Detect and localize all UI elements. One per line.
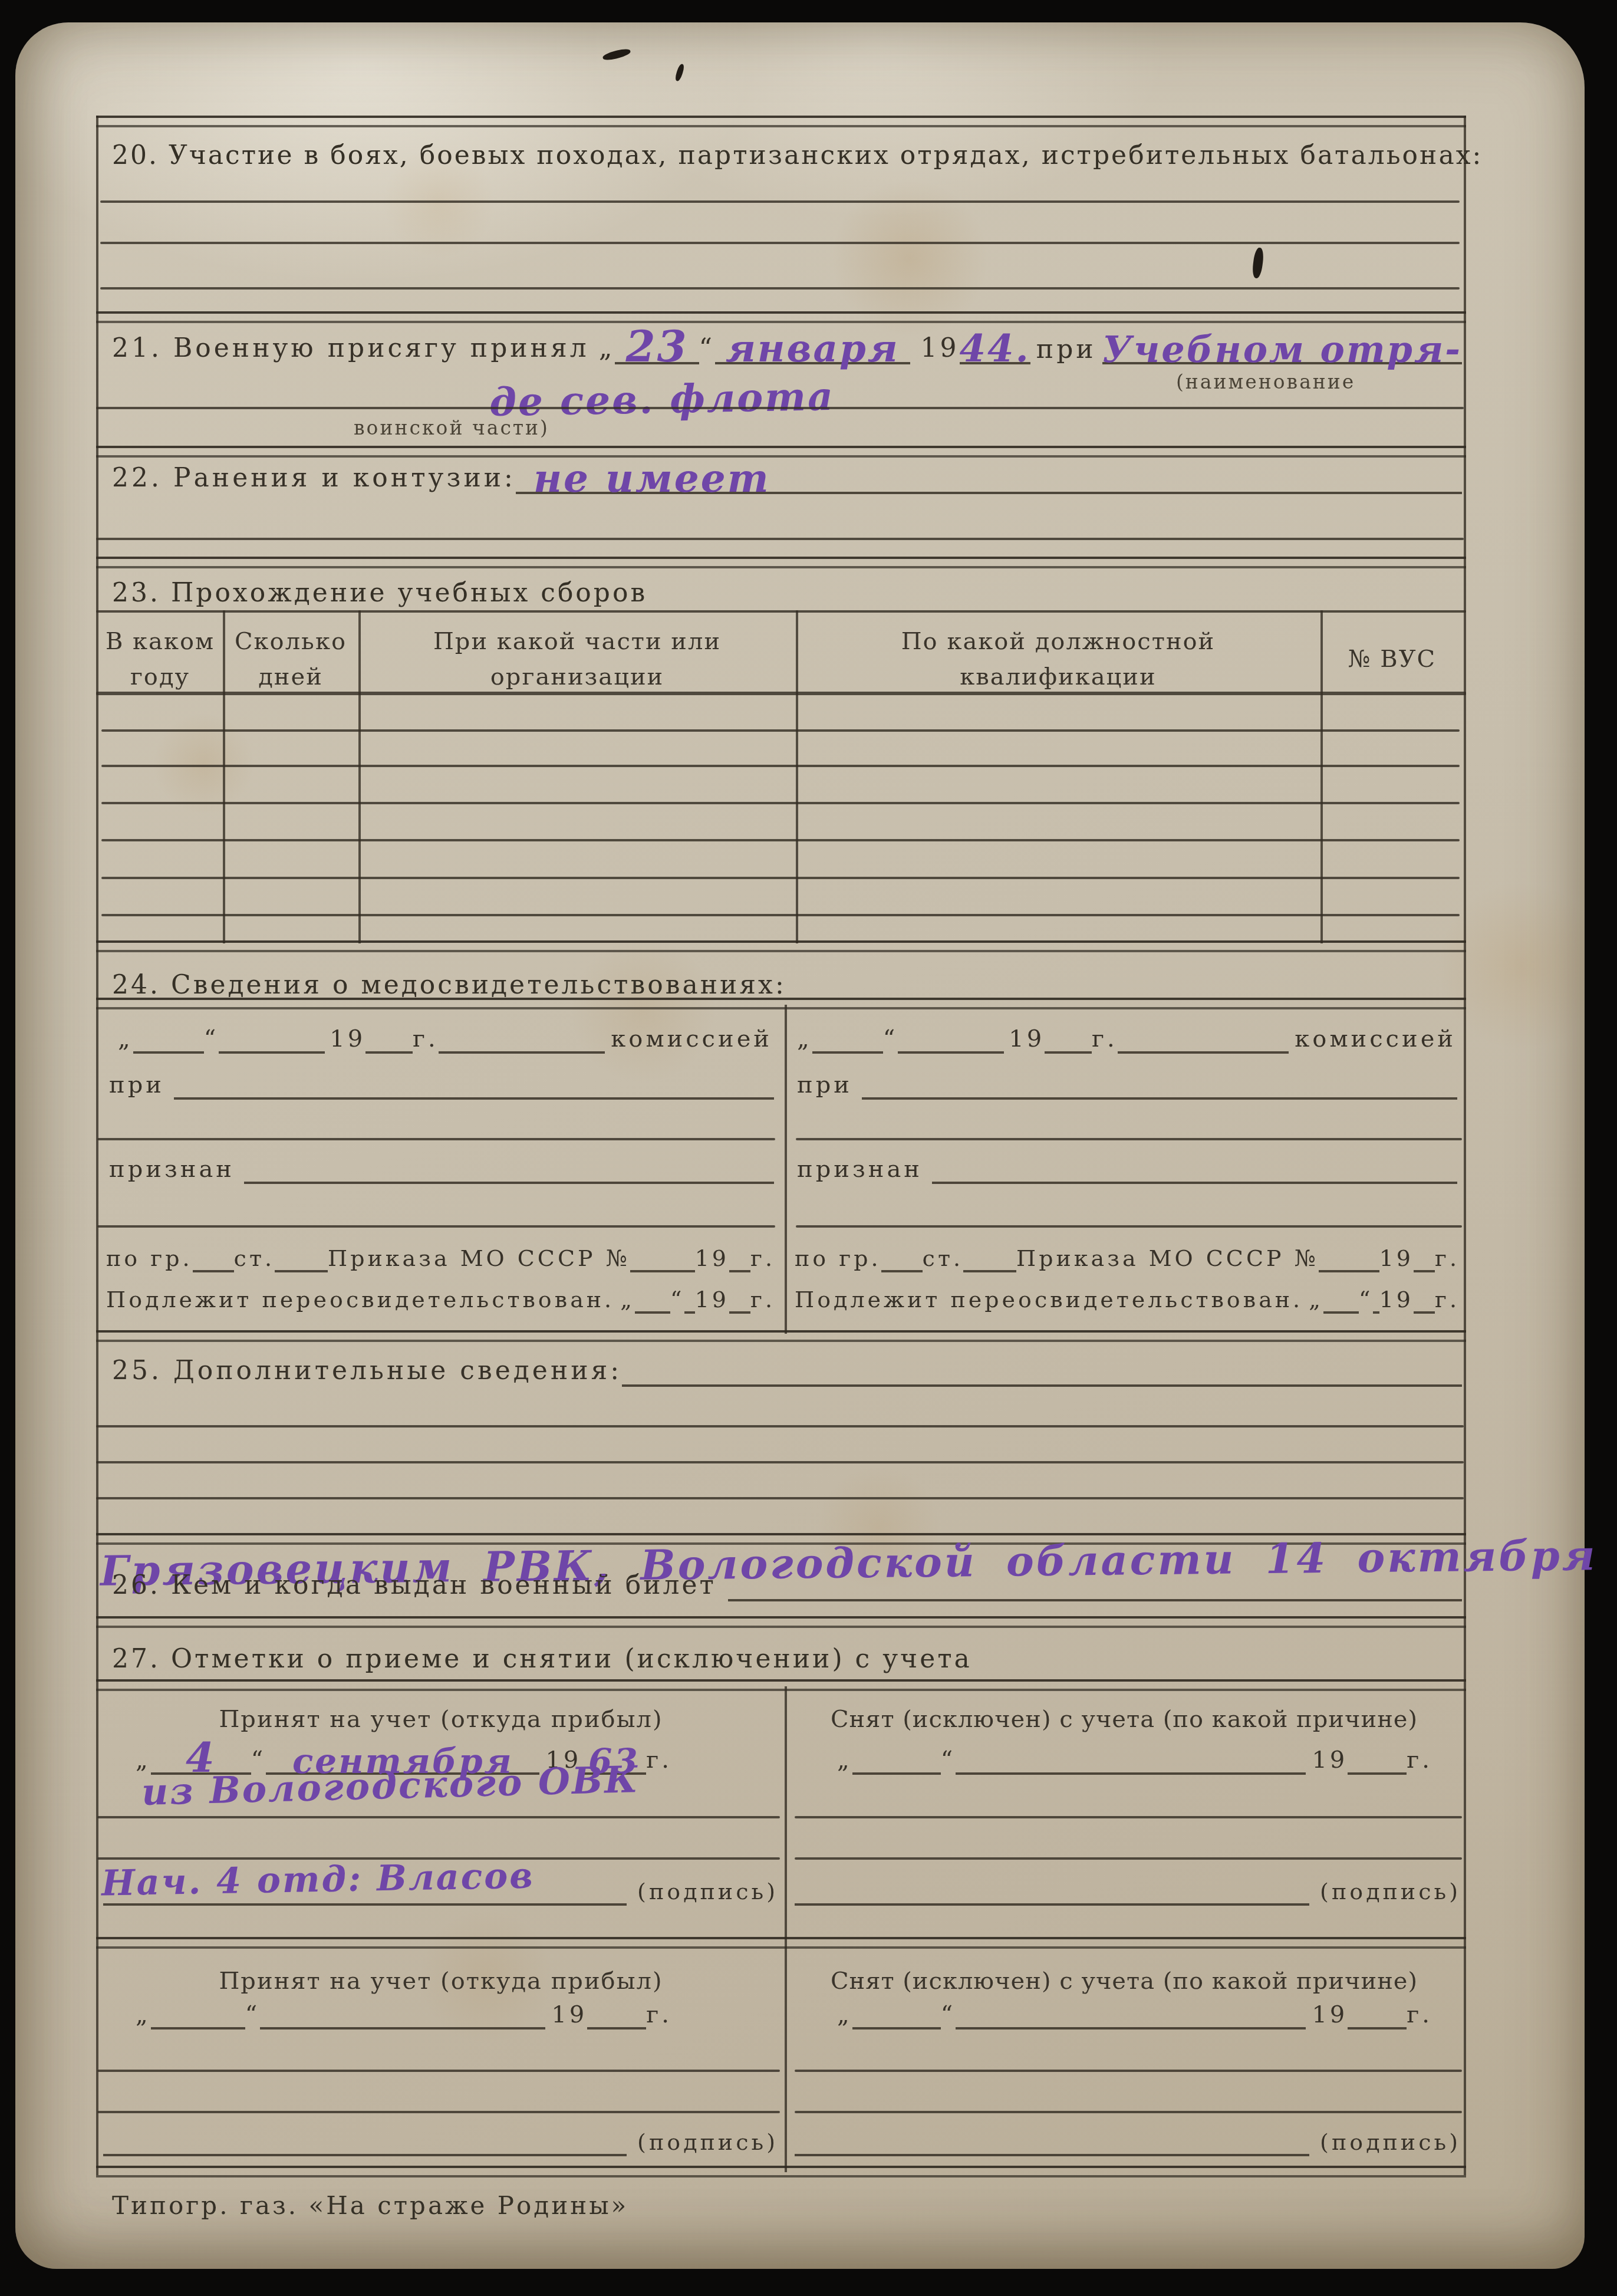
issued-by-field — [728, 1566, 1462, 1601]
med-at-row: при — [797, 1064, 1457, 1100]
removed-day-field — [852, 1739, 941, 1775]
frame-right-rule — [1464, 116, 1466, 2175]
order-label: Приказа МО СССР № — [1016, 1245, 1319, 1271]
reexam-year-field — [1414, 1278, 1435, 1314]
order-label: Приказа МО СССР № — [328, 1245, 630, 1271]
frame-left-rule — [96, 116, 98, 2175]
oath-row: 21. Военную присягу принял „ 23 “ января… — [112, 327, 1462, 364]
order-number-field — [630, 1237, 695, 1272]
close-quote: “ — [1359, 1287, 1373, 1313]
col-header-qualification: По какой должностной квалификации — [796, 624, 1320, 695]
oath-day-field: 23 — [615, 329, 699, 364]
close-quote: “ — [941, 1746, 956, 1774]
blank-rule — [97, 1816, 780, 1818]
open-quote: „ — [136, 1746, 151, 1774]
section-26-title: 26. Кем и когда выдан военный билет — [112, 1570, 716, 1600]
med-order-row: по гр. ст. Приказа МО СССР № 19 г. — [106, 1239, 775, 1272]
removed-date-row: „ “ 19 г. — [837, 1738, 1432, 1775]
year-prefix: 19 — [695, 1245, 729, 1271]
reexam-month-field — [1373, 1278, 1379, 1314]
double-rule — [96, 1330, 1466, 1342]
col-header-unit: При какой части или организации — [358, 624, 796, 695]
med-day-field — [812, 1018, 883, 1054]
double-rule — [96, 446, 1466, 458]
double-rule — [96, 998, 1466, 1009]
table-row-rule — [101, 839, 1460, 841]
blank-rule — [97, 1138, 775, 1140]
accepted-signature-field — [103, 2121, 627, 2156]
section-23-title: 23. Прохождение учебных сборов — [112, 578, 647, 608]
close-quote: “ — [699, 333, 716, 363]
order-year-field — [729, 1237, 750, 1272]
commission-label: комиссией — [611, 1025, 772, 1052]
blank-rule — [100, 242, 1460, 244]
blank-rule — [97, 1225, 775, 1228]
double-rule — [96, 1937, 1466, 1949]
section-22-title: 22. Ранения и контузии: — [112, 463, 516, 493]
at-label: при — [109, 1071, 164, 1098]
med-month-field — [219, 1018, 325, 1054]
med-at-field — [174, 1064, 774, 1100]
close-quote: “ — [245, 2001, 260, 2028]
blank-rule — [96, 1425, 1464, 1427]
wounds-field: не имеет — [516, 459, 1462, 494]
order-year-field — [1414, 1237, 1435, 1272]
printing-house-credit: Типогр. газ. «На страже Родины» — [112, 2191, 628, 2220]
med-reexam-row: Подлежит переосвидетельствован. „ “ 19 г… — [795, 1281, 1460, 1314]
table-row-rule — [101, 877, 1460, 879]
year-suffix: г. — [1435, 1287, 1460, 1313]
order-number-field — [1319, 1237, 1379, 1272]
blank-rule — [97, 2070, 780, 2072]
med-date-row: „ “ 19 г. комиссией — [118, 1016, 772, 1054]
double-rule — [96, 557, 1466, 568]
med-commission-field — [1118, 1018, 1289, 1054]
oath-month-value: января — [726, 330, 900, 368]
col-separator — [796, 610, 798, 943]
med-at-row: при — [109, 1064, 774, 1100]
article-field — [275, 1237, 328, 1272]
blank-rule — [100, 287, 1460, 290]
year-prefix: 19 — [330, 1025, 365, 1052]
commission-label: комиссией — [1295, 1025, 1456, 1052]
open-quote: „ — [599, 333, 615, 363]
table-row-rule — [101, 802, 1460, 804]
removed-month-field — [956, 1994, 1306, 2029]
removed-signature-row: (подпись) — [795, 1871, 1461, 1906]
oath-day-value: 23 — [625, 325, 688, 368]
open-quote: „ — [118, 1025, 133, 1052]
open-quote: „ — [797, 1025, 812, 1052]
med-day-field — [133, 1018, 204, 1054]
accepted-month-field — [260, 1994, 545, 2029]
reexam-label: Подлежит переосвидетельствован. — [106, 1287, 614, 1313]
accepted-year-field — [587, 1994, 646, 2029]
group-field — [193, 1237, 234, 1272]
close-quote: “ — [941, 2001, 956, 2028]
open-quote: „ — [620, 1287, 635, 1313]
blank-rule — [795, 1816, 1462, 1818]
accepted-day-field — [151, 1994, 245, 2029]
year-prefix: 19 — [551, 2001, 587, 2028]
year-prefix: 19 — [1379, 1287, 1414, 1313]
year-prefix: 19 — [1009, 1025, 1045, 1052]
table-row-rule — [101, 765, 1460, 767]
blank-rule — [96, 1497, 1464, 1499]
open-quote: „ — [1309, 1287, 1323, 1313]
blank-rule — [96, 407, 1464, 409]
open-quote: „ — [136, 2001, 151, 2028]
table-top-rule — [96, 610, 1466, 613]
wounds-value: не имеет — [533, 459, 770, 498]
year-suffix: г. — [750, 1245, 775, 1271]
group-field — [881, 1237, 923, 1272]
accepted-signature-value: Нач. 4 отд: Власов — [101, 1858, 535, 1902]
oath-unit-field: Учебном отря- — [1102, 329, 1462, 364]
section-27-title: 27. Отметки о приеме и снятии (исключени… — [112, 1644, 972, 1674]
med-column-divider — [785, 1005, 787, 1334]
blank-rule — [795, 1857, 1462, 1860]
section-21-title: 21. Военную присягу принял — [112, 333, 590, 363]
reexam-label: Подлежит переосвидетельствован. — [795, 1287, 1303, 1313]
blank-rule — [100, 200, 1460, 203]
double-rule — [96, 1679, 1466, 1691]
reexam-day-field — [635, 1278, 670, 1314]
section-25-title: 25. Дополнительные сведения: — [112, 1356, 622, 1386]
removed-signature-row: (подпись) — [795, 2122, 1461, 2156]
med-at-field — [862, 1064, 1457, 1100]
blank-rule — [96, 538, 1464, 540]
signature-label: (подпись) — [637, 2129, 778, 2155]
med-reexam-row: Подлежит переосвидетельствован. „ “ 19 г… — [106, 1281, 775, 1314]
additional-info-field — [622, 1351, 1462, 1387]
double-rule — [96, 116, 1466, 127]
recognized-label: признан — [797, 1156, 923, 1183]
year-prefix: 19 — [921, 333, 960, 363]
double-rule — [96, 940, 1466, 952]
removed-month-field — [956, 1739, 1306, 1775]
year-suffix: г. — [413, 1025, 439, 1052]
group-label: по гр. — [106, 1245, 193, 1271]
oath-unit-value-line1: Учебном отря- — [1102, 331, 1462, 368]
blank-rule — [796, 1225, 1462, 1228]
col-separator — [223, 610, 225, 943]
accepted-header: Принят на учет (откуда прибыл) — [97, 1702, 785, 1737]
removed-day-field — [852, 1994, 941, 2029]
col-header-days: Сколько дней — [223, 624, 358, 695]
year-suffix: г. — [646, 2001, 672, 2028]
accepted-date-row: „ “ 19 г. — [136, 1992, 672, 2029]
reexam-month-field — [684, 1278, 694, 1314]
removed-date-row: „ “ 19 г. — [837, 1992, 1432, 2029]
removed-header: Снят (исключен) с учета (по какой причин… — [785, 1702, 1464, 1737]
open-quote: „ — [837, 2001, 852, 2028]
recognized-label: признан — [109, 1156, 235, 1183]
issued-by-row: 26. Кем и когда выдан военный билет — [112, 1565, 1462, 1601]
close-quote: “ — [883, 1025, 898, 1052]
wounds-row: 22. Ранения и контузии: не имеет — [112, 458, 1462, 494]
col-separator — [1320, 610, 1323, 943]
blank-rule — [796, 1138, 1462, 1140]
blank-rule — [795, 2070, 1462, 2072]
col-header-vus: № ВУС — [1320, 642, 1464, 677]
year-suffix: г. — [1435, 1245, 1460, 1271]
accepted-signature-row: (подпись) — [103, 2122, 778, 2156]
removed-year-field — [1348, 1739, 1407, 1775]
double-rule — [96, 2166, 1466, 2177]
oath-unit-value-line2: де сев. флота — [489, 377, 835, 422]
article-label: ст. — [234, 1245, 275, 1271]
med-recognized-row: признан — [797, 1149, 1457, 1184]
close-quote: “ — [670, 1287, 684, 1313]
at-label: при — [797, 1071, 852, 1098]
group-label: по гр. — [795, 1245, 881, 1271]
header-bottom-rule — [96, 692, 1466, 695]
med-recognized-row: признан — [109, 1149, 774, 1184]
unit-hint-top: (наименование — [1176, 370, 1355, 393]
year-prefix: 19 — [1312, 1746, 1348, 1774]
article-field — [963, 1237, 1016, 1272]
registration-column-divider — [785, 1686, 787, 2172]
year-prefix: 19 — [695, 1287, 729, 1313]
open-quote: „ — [837, 1746, 852, 1774]
unit-hint-bottom: воинской части) — [354, 416, 542, 439]
col-header-year: В каком году — [97, 624, 223, 695]
section-24-title: 24. Сведения о медосвидетельствованиях: — [112, 970, 786, 1000]
reexam-year-field — [729, 1278, 750, 1314]
section-20-title: 20. Участие в боях, боевых походах, парт… — [112, 140, 1483, 170]
med-date-row: „ “ 19 г. комиссией — [797, 1016, 1456, 1054]
oath-month-field: января — [715, 329, 910, 364]
year-suffix: г. — [646, 1746, 672, 1774]
close-quote: “ — [204, 1025, 219, 1052]
year-suffix: г. — [1092, 1025, 1118, 1052]
med-month-field — [898, 1018, 1004, 1054]
table-row-rule — [101, 729, 1460, 732]
table-row-rule — [101, 914, 1460, 916]
removed-signature-field — [795, 2121, 1309, 2156]
blank-rule — [96, 1461, 1464, 1463]
removed-signature-field — [795, 1870, 1309, 1906]
med-recognized-field — [244, 1149, 774, 1184]
year-suffix: г. — [750, 1287, 775, 1313]
article-label: ст. — [923, 1245, 963, 1271]
med-commission-field — [439, 1018, 605, 1054]
med-year-field — [365, 1018, 413, 1054]
double-rule — [96, 311, 1466, 323]
at-label: при — [1036, 334, 1096, 364]
year-prefix: 19 — [1312, 2001, 1348, 2028]
double-rule — [96, 1616, 1466, 1628]
med-order-row: по гр. ст. Приказа МО СССР № 19 г. — [795, 1239, 1460, 1272]
scanned-military-id-page: { "colors": {"background":"#0a0908","pap… — [0, 0, 1617, 2296]
removed-year-field — [1348, 1994, 1407, 2029]
year-suffix: г. — [1407, 1746, 1432, 1774]
signature-label: (подпись) — [1320, 2129, 1461, 2155]
med-recognized-field — [932, 1149, 1457, 1184]
signature-label: (подпись) — [1320, 1879, 1461, 1904]
col-separator — [358, 610, 361, 943]
signature-label: (подпись) — [637, 1879, 778, 1904]
year-suffix: г. — [1407, 2001, 1432, 2028]
reexam-day-field — [1323, 1278, 1359, 1314]
blank-rule — [97, 2111, 780, 2113]
additional-info-row: 25. Дополнительные сведения: — [112, 1350, 1462, 1387]
blank-rule — [795, 2111, 1462, 2113]
oath-year-field: 44. — [960, 329, 1030, 364]
med-year-field — [1045, 1018, 1092, 1054]
year-prefix: 19 — [1379, 1245, 1414, 1271]
oath-year-value: 44. — [960, 330, 1030, 368]
